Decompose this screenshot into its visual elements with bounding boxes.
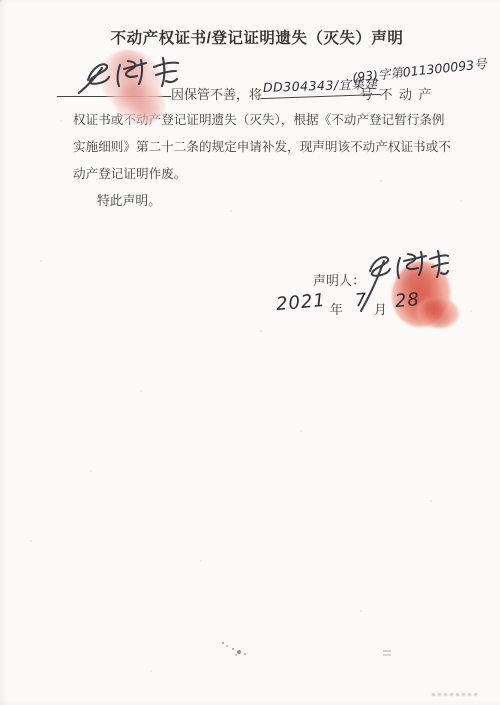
clause-text: 因保管不善，将 — [171, 84, 262, 103]
declarant-signature-bottom — [358, 249, 450, 315]
declarant-signature-top — [78, 55, 180, 95]
date-year-handwritten: 2021 — [275, 290, 326, 315]
scan-speck-cluster — [222, 642, 224, 644]
faint-footer-artifact — [432, 693, 478, 696]
scan-mark — [383, 650, 391, 652]
document-title: 不动产权证书/登记证明遗失（灭失）声明 — [111, 26, 404, 48]
scan-noise — [0, 0, 2, 2]
closing-statement: 特此声明。 — [97, 190, 161, 209]
serial-annotation-handwritten: (93)字第011300093号 — [351, 54, 487, 86]
body-line-4: 动产登记证明作废。 — [73, 163, 186, 182]
body-line-2: 权证书或不动产登记证明遗失（灭失），根据《不动产登记暂行条例 — [73, 109, 445, 128]
year-unit-label: 年 — [330, 299, 343, 318]
scanned-declaration-page: 不动产权证书/登记证明遗失（灭失）声明 因保管不善，将 DD304343/宜集建… — [0, 0, 500, 705]
declarant-name-underline — [57, 96, 171, 97]
body-line-3: 实施细则》第二十二条的规定申请补发，现声明该不动产权证书或不 — [73, 136, 451, 155]
